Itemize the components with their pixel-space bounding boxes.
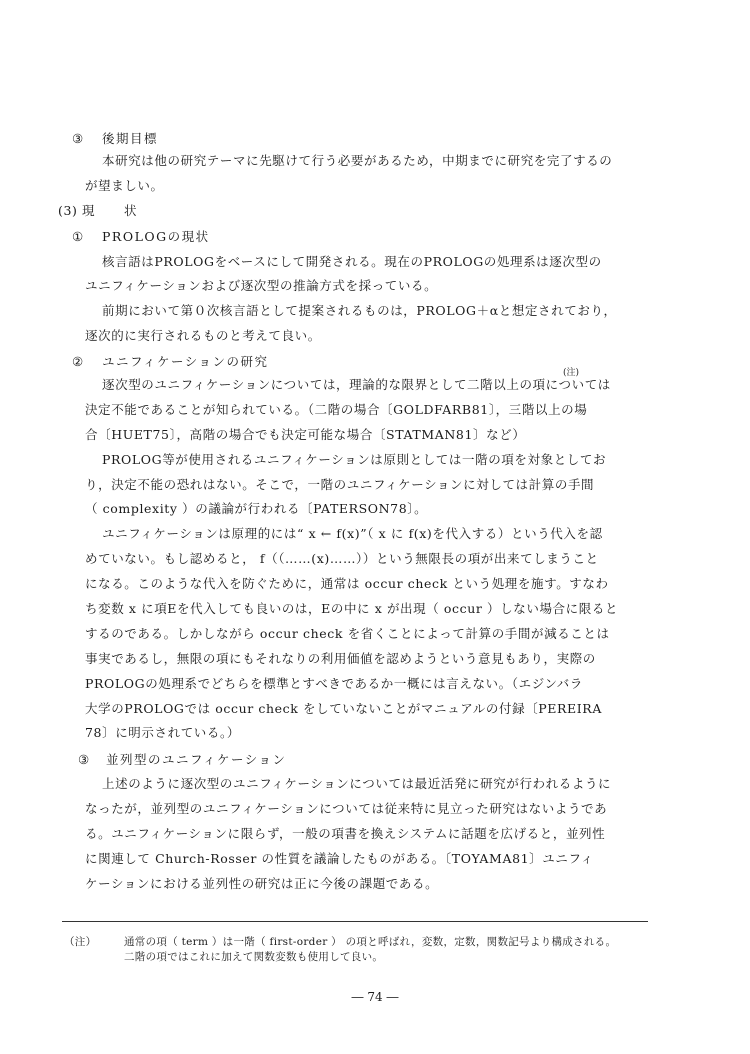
paragraph-line: PROLOG等が使用されるユニフィケーションは原則としては一階の項を対象としてお (102, 452, 606, 468)
paragraph-line: するのである。しかしながら occur check を省くことによって計算の手間… (85, 626, 610, 642)
subsection-marker: ③ (78, 752, 90, 768)
subsection-title: ユニフィケーションの研究 (102, 354, 269, 370)
paragraph-line: 決定不能であることが知られている。（二階の場合〔GOLDFARB81〕，三階以上… (85, 402, 587, 418)
paragraph-line: 上述のように逐次型のユニフィケーションについては最近活発に研究が行われるように (102, 776, 611, 792)
subsection-title: 並列型のユニフィケーション (106, 752, 287, 768)
footnote-divider (62, 921, 648, 922)
paragraph-line: 前期において第０次核言語として提案されるものは，PROLOG＋αと想定されており… (102, 303, 617, 319)
paragraph-line: が望ましい。 (85, 178, 164, 194)
paragraph-line: る。ユニフィケーションに限らず，一般の項書を換えシステムに話題を広げると，並列性 (85, 826, 605, 842)
paragraph-line: に関連して Church-Rosser の性質を議論したものがある。〔TOYAM… (85, 851, 594, 867)
paragraph-line: めていない。もし認めると， f（（……(x)……））という無限長の項が出来てしま… (85, 551, 599, 567)
paragraph-line: 合〔HUET75〕，高階の場合でも決定可能な場合〔STATMAN81〕など） (85, 427, 525, 443)
paragraph-line: ち変数 x に項Eを代入しても良いのは，Eの中に x が出現（ occur ）し… (85, 601, 618, 617)
paragraph-line: り，決定不能の恐れはない。そこで，一階のユニフィケーションに対しては計算の手間 (85, 477, 594, 493)
paragraph-line: ユニフィケーションは原理的には“ x ← f(x)”（ x に f(x)を代入す… (102, 526, 603, 542)
paragraph-line: （ complexity ）の議論が行われる〔PATERSON78〕。 (85, 501, 427, 517)
chapter-marker: (3) (58, 203, 78, 219)
section-marker: ③ (72, 131, 84, 147)
paragraph-line: 本研究は他の研究テーマに先駆けて行う必要があるため，中期までに研究を完了するの (102, 153, 612, 169)
page-number: ― 74 ― (0, 990, 750, 1004)
subsection-marker: ② (72, 354, 84, 370)
paragraph-line: 78〕に明示されている。） (85, 725, 240, 741)
footnote-line: 通常の項（ term ）は一階（ first-order ） の項と呼ばれ，変数… (124, 935, 616, 949)
chapter-title: 現 状 (82, 203, 138, 219)
paragraph-line: 核言語はPROLOGをベースにして開発される。現在のPROLOGの処理系は逐次型… (102, 254, 602, 270)
subsection-title: PROLOGの現状 (102, 229, 210, 245)
paragraph-line: になる。このような代入を防ぐために，通常は occur check という処理を… (85, 576, 609, 592)
paragraph-line: 大学のPROLOGでは occur check をしていないことがマニュアルの付… (85, 701, 602, 717)
paragraph-line: PROLOGの処理系でどちらを標準とすべきであるか一概には言えない。（エジンバラ (85, 676, 583, 692)
paragraph-line: 事実であるし，無限の項にもそれなりの利用価値を認めようという意見もあり，実際の (85, 651, 596, 667)
section-title: 後期目標 (102, 131, 158, 147)
paragraph-line: 逐次的に実行されるものと考えて良い。 (85, 328, 321, 344)
subsection-marker: ① (72, 229, 84, 245)
paragraph-line: 逐次型のユニフィケーションについては，理論的な限界として二階以上の項については (102, 377, 611, 393)
paragraph-line: ユニフィケーションおよび逐次型の推論方式を採っている。 (85, 278, 437, 294)
footnote-marker: （注） (64, 935, 96, 949)
paragraph-line: ケーションにおける並列性の研究は正に今後の課題である。 (85, 876, 438, 892)
footnote-line: 二階の項ではこれに加えて関数変数も使用して良い。 (124, 950, 383, 964)
paragraph-line: なったが，並列型のユニフィケーションについては従来特に見立った研究はないようであ (85, 801, 607, 817)
